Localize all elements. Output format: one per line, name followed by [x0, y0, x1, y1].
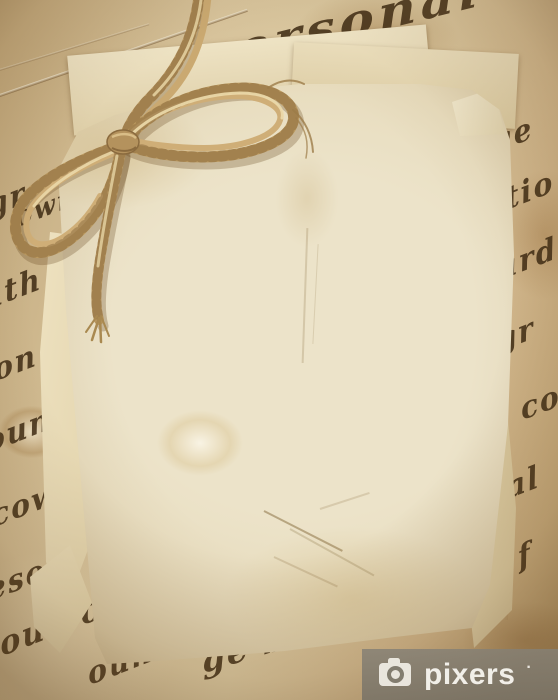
scratch-mark [312, 244, 318, 344]
watermark-brand: pixers [424, 660, 515, 690]
scratch-mark [302, 228, 309, 363]
vintage-papers-photo: personal '' gr own ith co on fr ound cow… [0, 0, 558, 700]
watermark-dot: · [526, 659, 531, 677]
camera-icon [379, 663, 411, 686]
scratch-mark [264, 510, 343, 552]
pixers-watermark: pixers · [362, 649, 558, 700]
scratch-mark [320, 492, 370, 510]
scratch-mark [274, 556, 338, 587]
main-blank-card [52, 78, 517, 670]
